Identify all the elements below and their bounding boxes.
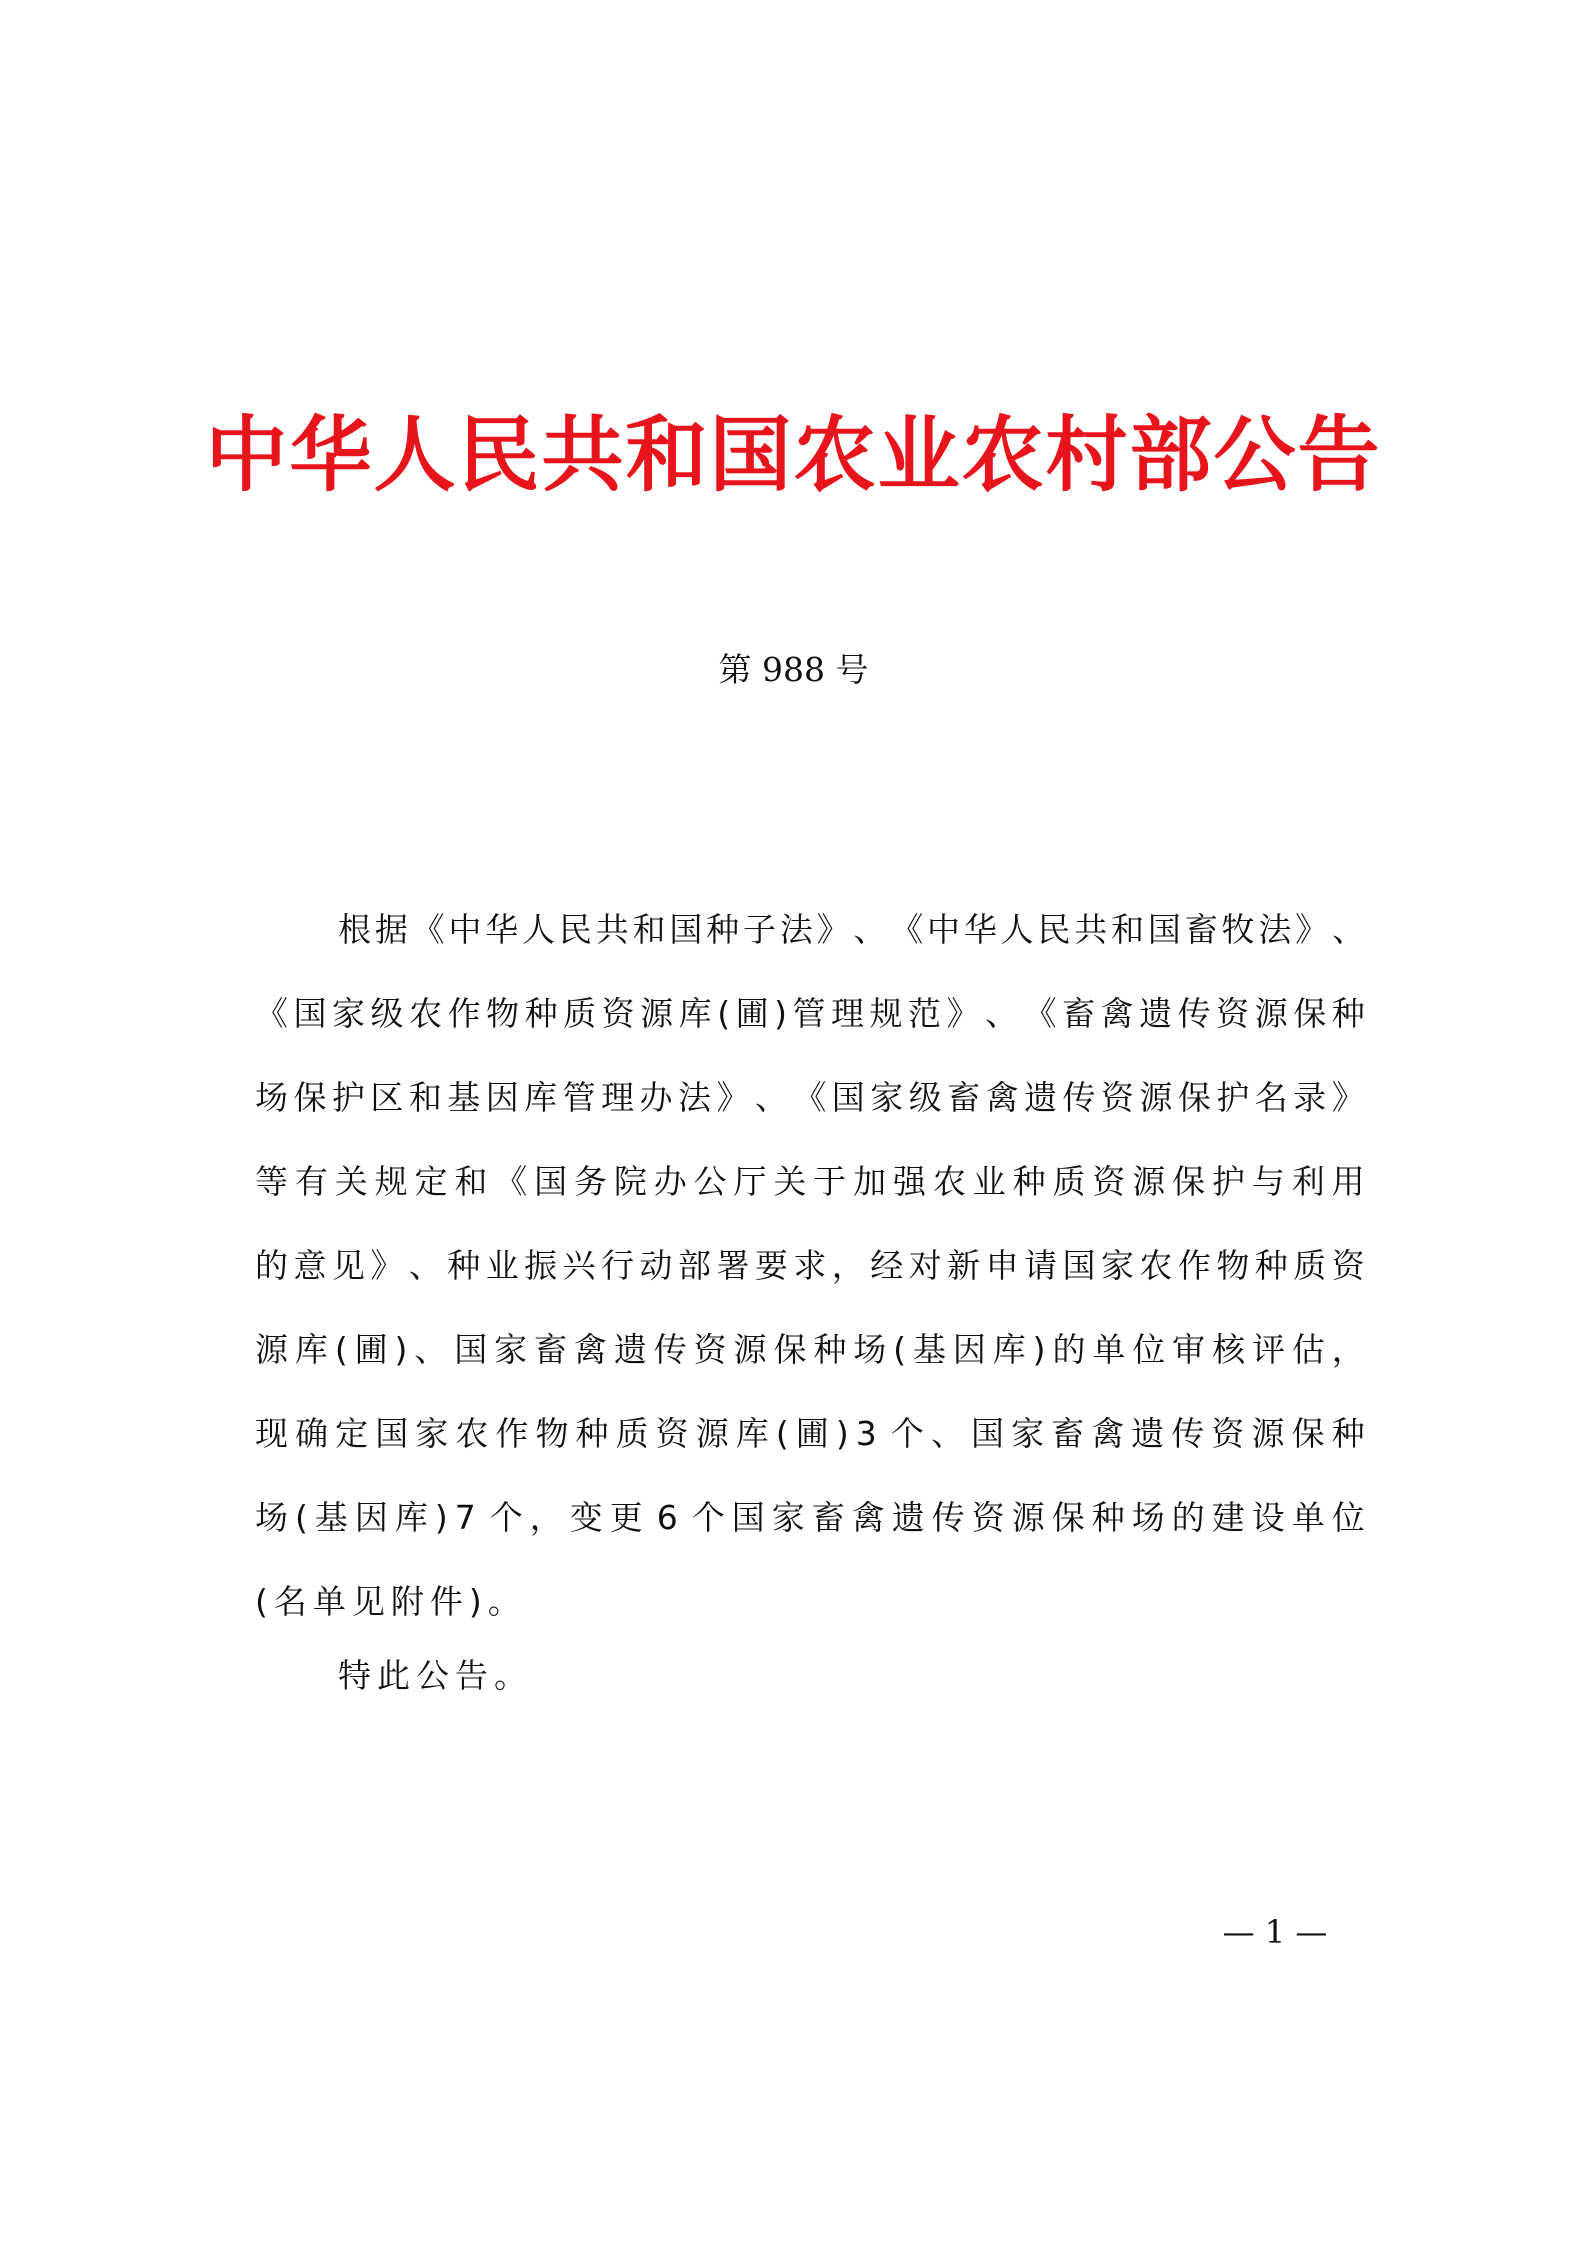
document-title: 中华人民共和国农业农村部公告: [0, 405, 1587, 505]
body-line-6: 源库(圃)、国家畜禽遗传资源保种场(基因库)的单位审核评估，: [255, 1308, 1365, 1392]
body-line-4: 等有关规定和《国务院办公厅关于加强农业种质资源保护与利用: [255, 1140, 1365, 1224]
closing-statement: 特此公告。: [338, 1634, 533, 1718]
body-line-9: (名单见附件)。: [255, 1560, 1365, 1644]
announcement-body: 根据《中华人民共和国种子法》、《中华人民共和国畜牧法》、 《国家级农作物种质资源…: [255, 888, 1365, 1644]
page-number: — 1 —: [1200, 1912, 1350, 1952]
body-line-2: 《国家级农作物种质资源库(圃)管理规范》、《畜禽遗传资源保种: [255, 972, 1365, 1056]
body-line-7: 现确定国家农作物种质资源库(圃)3 个、国家畜禽遗传资源保种: [255, 1392, 1365, 1476]
body-line-5: 的意见》、种业振兴行动部署要求，经对新申请国家农作物种质资: [255, 1224, 1365, 1308]
body-line-1: 根据《中华人民共和国种子法》、《中华人民共和国畜牧法》、: [255, 888, 1365, 972]
body-line-8: 场(基因库)7 个，变更 6 个国家畜禽遗传资源保种场的建设单位: [255, 1476, 1365, 1560]
body-line-3: 场保护区和基因库管理办法》、《国家级畜禽遗传资源保护名录》: [255, 1056, 1365, 1140]
document-number: 第 988 号: [0, 648, 1587, 692]
